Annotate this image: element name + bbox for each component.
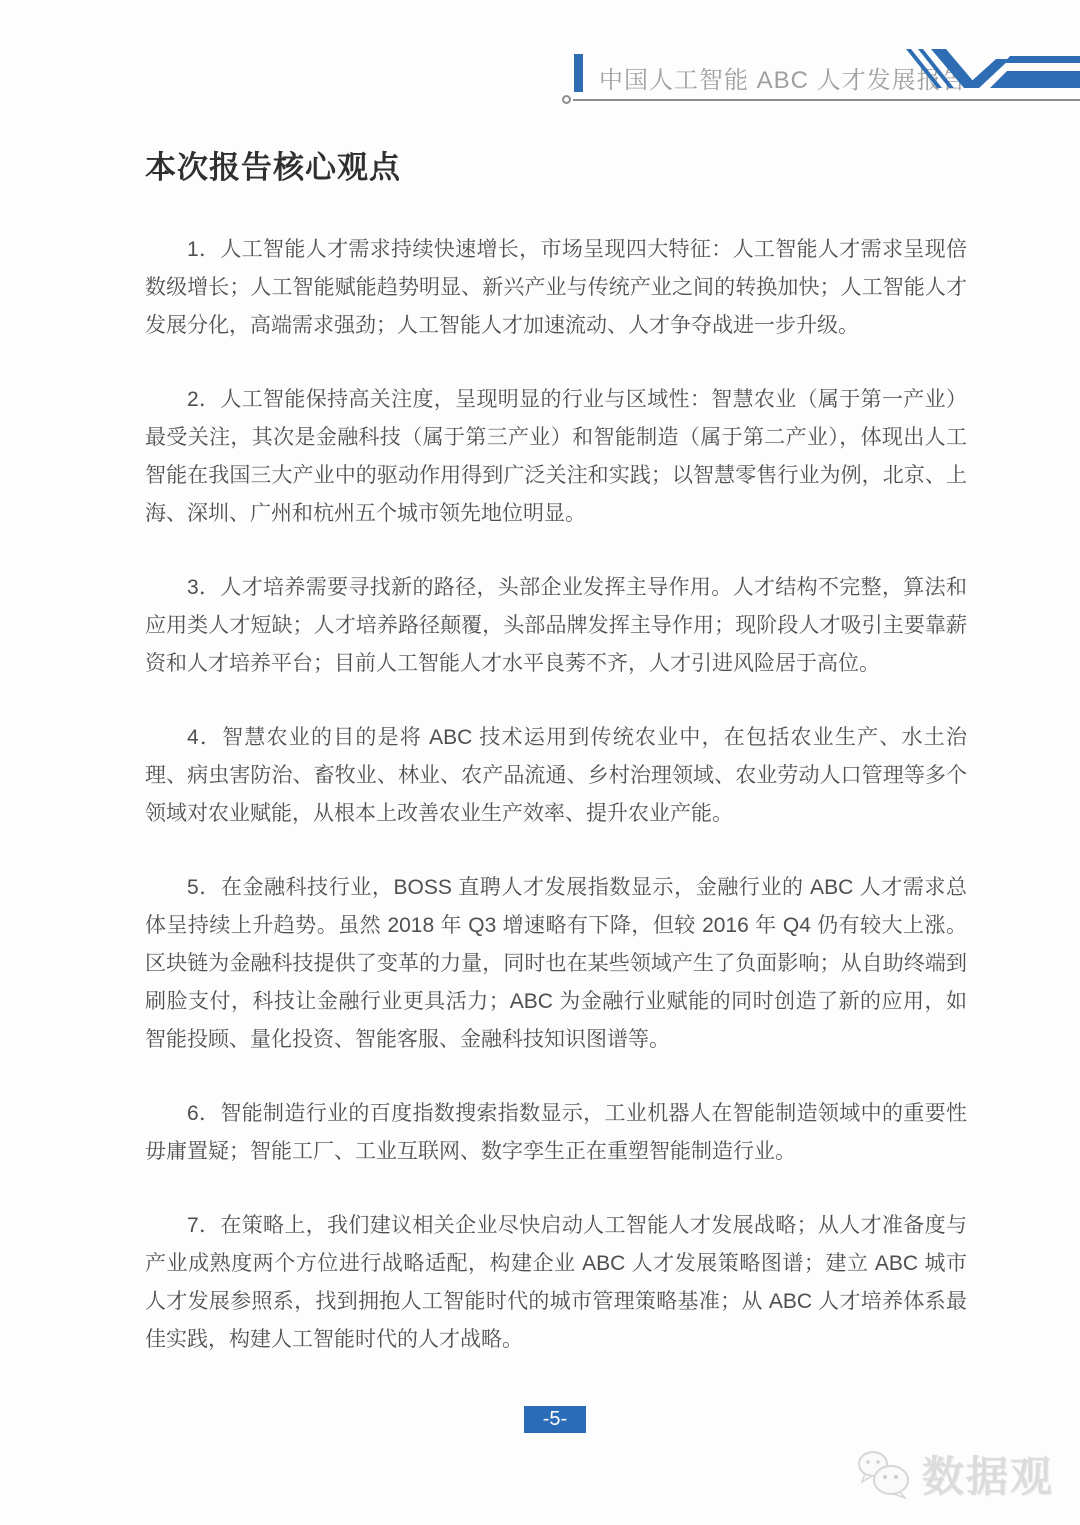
header-decoration-graphic — [900, 44, 1080, 94]
paragraph-7: 7．在策略上，我们建议相关企业尽快启动人工智能人才发展战略；从人才准备度与产业成… — [145, 1207, 967, 1359]
paragraph-4: 4．智慧农业的目的是将 ABC 技术运用到传统农业中，在包括农业生产、水土治理、… — [145, 719, 967, 833]
section-title: 本次报告核心观点 — [145, 142, 967, 187]
paragraph-3: 3．人才培养需要寻找新的路径，头部企业发挥主导作用。人才结构不完整，算法和应用类… — [145, 569, 967, 683]
header-divider-circle — [562, 95, 571, 104]
wechat-logo-icon — [856, 1449, 912, 1499]
watermark-text: 数据观 — [922, 1444, 1054, 1504]
header-accent-bar — [574, 54, 583, 92]
report-body: 本次报告核心观点 1．人工智能人才需求持续快速增长，市场呈现四大特征：人工智能人… — [145, 142, 967, 1395]
paragraph-2: 2．人工智能保持高关注度，呈现明显的行业与区域性：智慧农业（属于第一产业）最受关… — [145, 381, 967, 533]
paragraph-5: 5．在金融科技行业，BOSS 直聘人才发展指数显示，金融行业的 ABC 人才需求… — [145, 869, 967, 1059]
paragraph-1: 1．人工智能人才需求持续快速增长，市场呈现四大特征：人工智能人才需求呈现倍数级增… — [145, 231, 967, 345]
watermark: 数据观 — [856, 1444, 1054, 1504]
header-divider — [573, 99, 1080, 101]
page-number-badge: -5- — [524, 1406, 586, 1433]
paragraph-6: 6．智能制造行业的百度指数搜索指数显示，工业机器人在智能制造领域中的重要性毋庸置… — [145, 1095, 967, 1171]
